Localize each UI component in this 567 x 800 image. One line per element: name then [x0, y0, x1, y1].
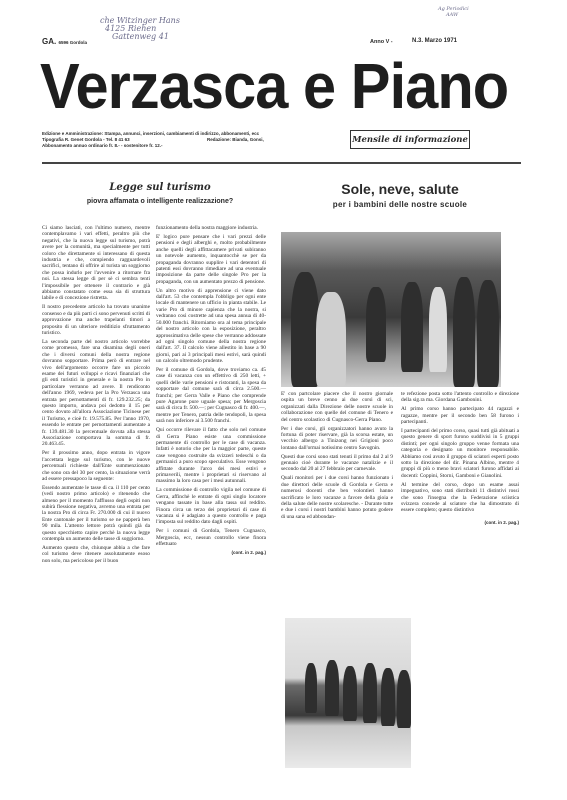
masthead-title: Verzasca e Piano	[40, 54, 508, 118]
paragraph: Per il prossimo anno, dopo entrata in vi…	[42, 450, 150, 482]
article-headline: piovra affamata o intelligente realizzaz…	[40, 198, 280, 205]
header-divider	[42, 162, 521, 164]
handwritten-address: che Witzinger Hans 4125 Riehen Gattenweg…	[100, 17, 180, 41]
ga-postal-mark: GA. 6596 Gordola	[42, 37, 87, 46]
paragraph: Al termine del corso, dopo un esame assa…	[401, 482, 519, 514]
article-left-column-1: Ci siamo lasciati, con l'ultimo numero, …	[42, 225, 150, 567]
continued-note: (cont. in 2. pag.)	[156, 550, 266, 556]
handwritten-line: Gattenweg 41	[112, 33, 180, 41]
photo-ski-group-village	[281, 232, 501, 387]
paragraph: Questi due corsi sono stati tenuti il pr…	[281, 454, 393, 473]
ga-location: 6596 Gordola	[58, 40, 87, 45]
paragraph: Ci siamo lasciati, con l'ultimo numero, …	[42, 225, 150, 302]
photo-children-skiing	[285, 618, 411, 768]
tagline-box: Mensile di informazione	[350, 130, 470, 149]
article-kicker: Legge sul turismo	[40, 182, 280, 193]
paragraph: La seconda parte del nostro articolo vor…	[42, 339, 150, 448]
paragraph: Aumento questo che, chiunque abbia a che…	[42, 545, 150, 564]
paragraph: Per il comune di Gordola, dove troviamo …	[156, 367, 266, 425]
article-left-column-2: funzionamento della nostra maggiore indu…	[156, 225, 266, 556]
article-subheadline: per i bambini delle nostre scuole	[280, 200, 520, 209]
paragraph: funzionamento della nostra maggiore indu…	[156, 225, 266, 231]
article-right-column-2: te refezione posta sotto l'attento contr…	[401, 391, 519, 526]
paragraph: Per i due corsi, gli organizzatori hanno…	[281, 426, 393, 452]
paragraph: La commissione di controllo vigila nel c…	[156, 487, 266, 525]
paragraph: Il nostro precedente articolo ha trovato…	[42, 304, 150, 336]
tagline: Mensile di informazione	[352, 135, 468, 145]
paragraph: Qui occorre rilevare il fatto che solo n…	[156, 427, 266, 485]
archive-note: Ag Periodici AAW	[438, 6, 469, 18]
paragraph: I partecipanti del primo corso, quasi tu…	[401, 428, 519, 479]
paragraph: E' logico pure pensare che i vari prezzi…	[156, 234, 266, 285]
article-right-column-1: E' con partcolare piacere che il nostro …	[281, 391, 393, 523]
paragraph: Quali monitori per i due corsi hanno fun…	[281, 475, 393, 520]
paragraph: Un altro motivo di apprensione ci viene …	[156, 288, 266, 365]
article-headline: Sole, neve, salute	[280, 181, 520, 197]
imprint: Edizione e Amministrazione: Stampa, annu…	[42, 131, 342, 149]
issue-number: N.3. Marzo 1971	[412, 38, 457, 44]
continued-note: (cont. in 2. pag.)	[401, 520, 519, 526]
paragraph: Essendo aumentate le tasse di ca. il 110…	[42, 485, 150, 543]
archive-note-line: AAW	[446, 12, 469, 18]
imprint-line: Abbonamento annuo ordinario fr. 8.- - so…	[42, 143, 342, 149]
paragraph: Al primo corso hanno partecipato 44 raga…	[401, 406, 519, 425]
paragraph: E' con partcolare piacere che il nostro …	[281, 391, 393, 423]
paragraph: te refezione posta sotto l'attento contr…	[401, 391, 519, 404]
imprint-redazione: Redazione: Bianda, Gonsi,	[207, 137, 264, 143]
issue-year: Anno V -	[370, 39, 393, 45]
paragraph: Per i comuni di Gordola, Tenero Cugnasco…	[156, 528, 266, 547]
ga-label: GA.	[42, 37, 56, 46]
